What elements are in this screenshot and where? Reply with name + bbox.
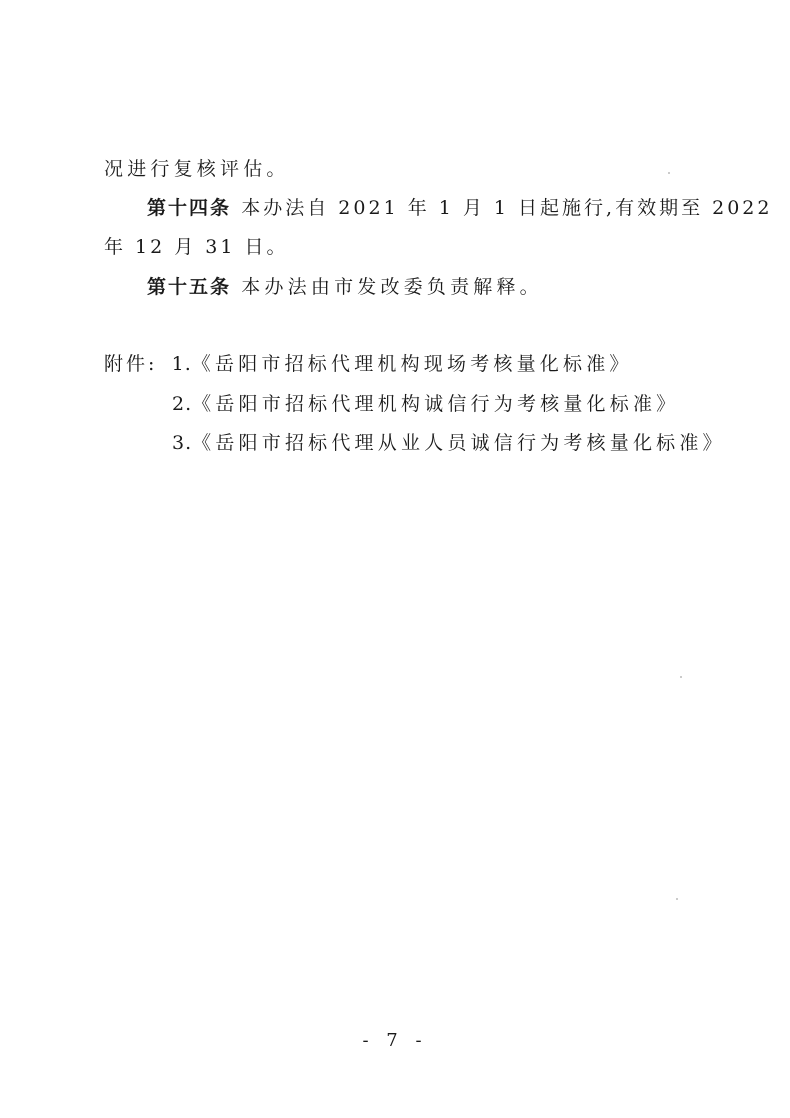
attachment-item-2: 2.《岳阳市招标代理机构诚信行为考核量化标准》	[172, 389, 679, 416]
page-number: - 7 -	[0, 1030, 790, 1051]
attachment-index: 1.	[172, 353, 192, 375]
scan-speck	[680, 676, 682, 678]
article-heading: 第十四条	[147, 197, 231, 219]
paragraph-continuation: 况进行复核评估。	[104, 154, 290, 181]
scan-speck	[668, 172, 670, 174]
attachment-index: 3.	[172, 432, 192, 454]
article-14: 第十四条 本办法自 2021 年 1 月 1 日起施行,有效期至 2022	[147, 193, 772, 220]
article-text: 年 12 月 31 日。	[104, 236, 289, 258]
paragraph-text: 况进行复核评估。	[104, 158, 290, 180]
article-heading: 第十五条	[147, 276, 231, 298]
attachment-title: 《岳阳市招标代理机构诚信行为考核量化标准》	[192, 393, 679, 415]
article-14-continuation: 年 12 月 31 日。	[104, 232, 289, 259]
scan-speck	[676, 898, 678, 900]
attachment-title: 《岳阳市招标代理机构现场考核量化标准》	[192, 353, 633, 375]
attachments-label: 附件:	[104, 353, 157, 375]
attachment-title: 《岳阳市招标代理从业人员诚信行为考核量化标准》	[192, 432, 726, 454]
article-15: 第十五条 本办法由市发改委负责解释。	[147, 272, 543, 299]
attachment-item-1: 附件: 1.《岳阳市招标代理机构现场考核量化标准》	[104, 349, 633, 376]
article-text: 本办法自 2021 年 1 月 1 日起施行,有效期至 2022	[241, 197, 772, 219]
attachment-index: 2.	[172, 393, 192, 415]
article-text: 本办法由市发改委负责解释。	[241, 276, 543, 298]
attachment-item-3: 3.《岳阳市招标代理从业人员诚信行为考核量化标准》	[172, 428, 726, 455]
